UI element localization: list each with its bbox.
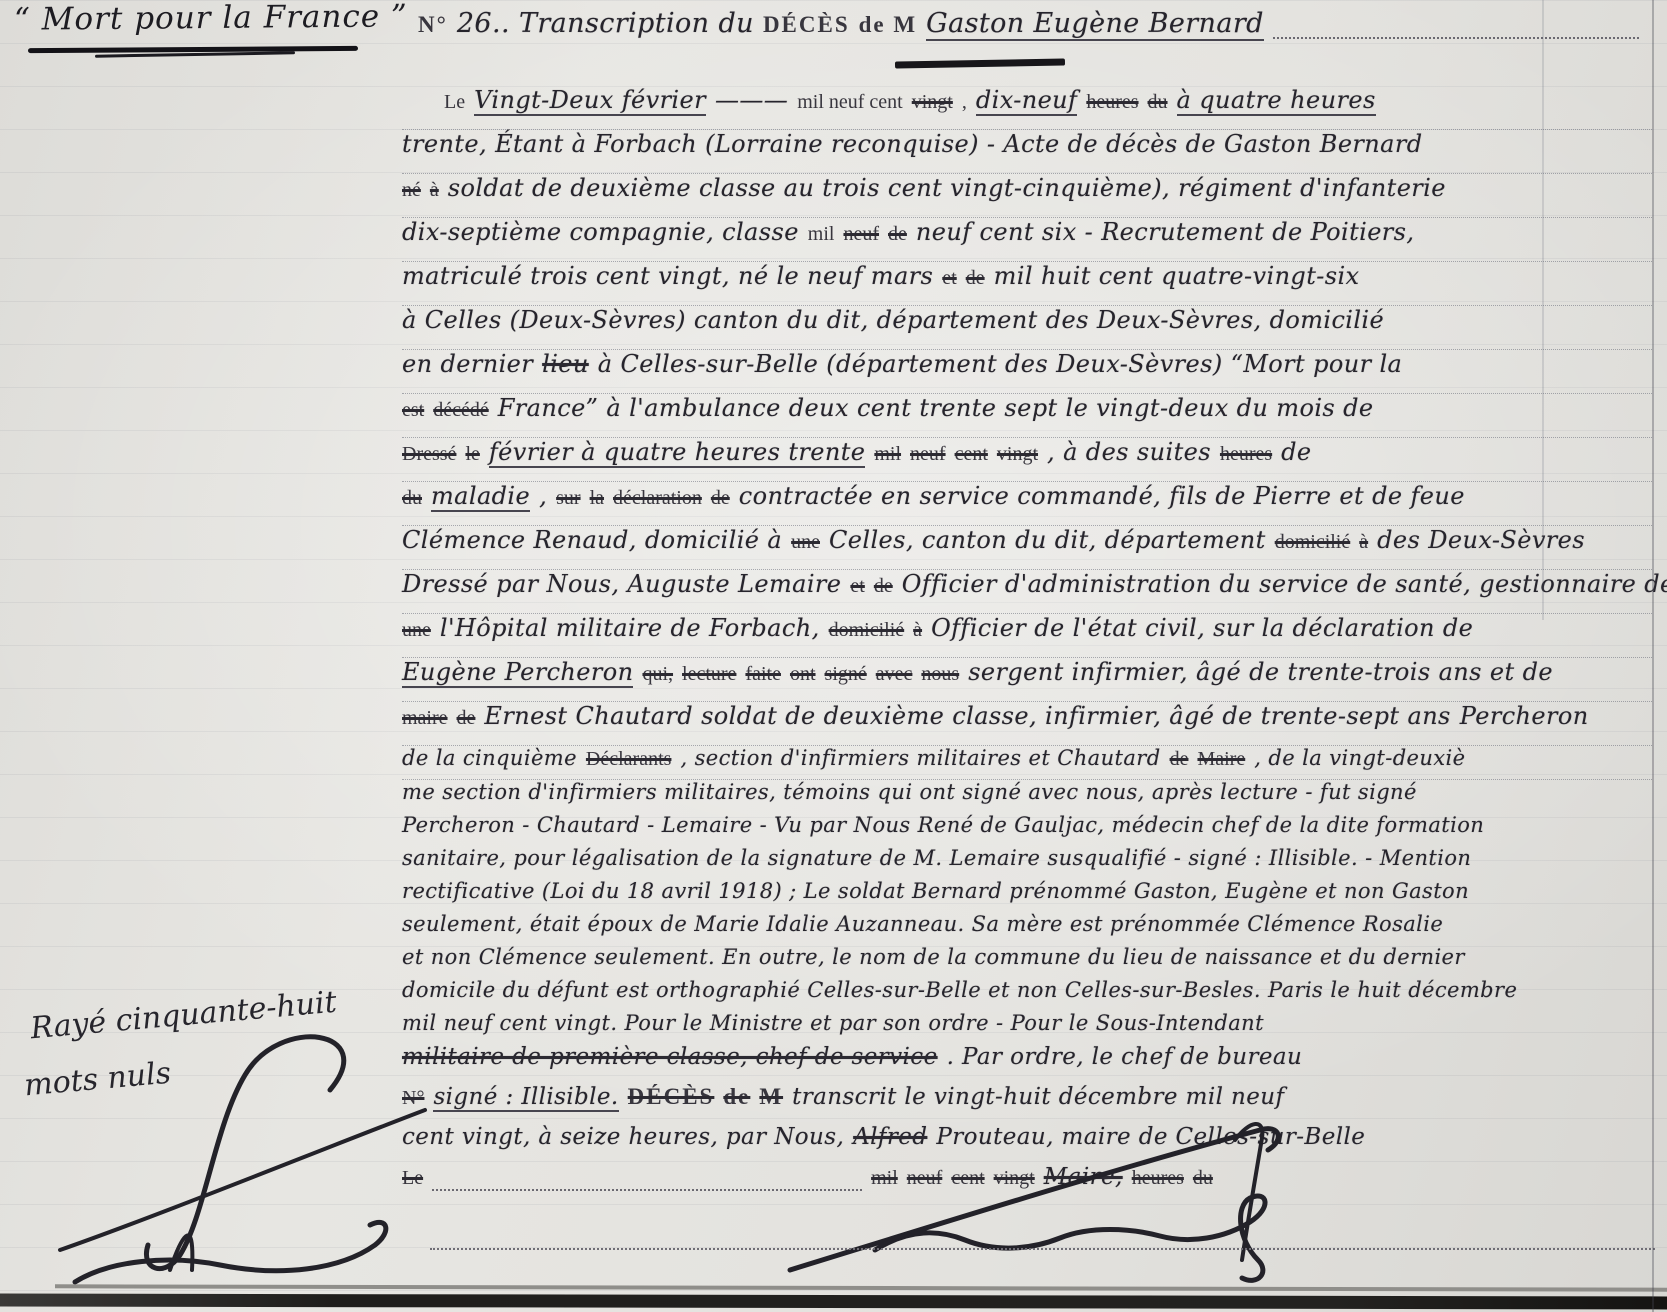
document-line: LeVingt-Deux février———mil neuf centving… (402, 86, 1652, 130)
text-segment: Officier de l'état civil, sur la déclara… (931, 614, 1473, 642)
text-segment: Dressé par Nous, Auguste Lemaire (402, 570, 841, 598)
document-line: néàsoldat de deuxième classe au trois ce… (402, 174, 1652, 218)
document-line: Clémence Renaud, domicilié àuneCelles, c… (402, 526, 1652, 570)
text-segment: une (402, 619, 431, 642)
text-segment: , à des suites (1047, 438, 1211, 466)
document-line: matriculé trois cent vingt, né le neuf m… (402, 262, 1652, 306)
document-line: Eugène Percheronqui,lecturefaiteontsigné… (402, 658, 1652, 702)
text-segment: une (791, 531, 820, 554)
paper-fold-line (1542, 0, 1544, 620)
scan-right-edge-line (1652, 0, 1654, 1312)
text-segment: avec (876, 663, 913, 686)
text-segment: mil (874, 443, 901, 466)
text-segment: l'Hôpital militaire de Forbach, (440, 614, 820, 642)
text-segment: de (888, 223, 907, 246)
document-line: en dernierlieuà Celles-sur-Belle (départ… (402, 350, 1652, 394)
text-segment: de (1281, 438, 1311, 466)
text-segment: contractée en service commandé, fils de … (739, 482, 1465, 510)
text-segment: signé : Illisible. (433, 1084, 618, 1112)
text-segment: de (966, 267, 985, 290)
text-segment: à quatre heures (1177, 86, 1376, 116)
text-segment: Déclarants (586, 748, 672, 771)
text-segment: faite (745, 663, 781, 686)
text-segment: domicilié (829, 619, 905, 642)
text-segment: à (1359, 531, 1368, 554)
left-margin-signature (20, 1020, 440, 1300)
text-segment: dix-neuf (976, 86, 1077, 116)
text-segment: trente, Étant à Forbach (Lorraine reconq… (402, 130, 1423, 158)
text-segment: Eugène Percheron (402, 658, 633, 688)
text-segment: sergent infirmier, âgé de trente-trois a… (968, 658, 1553, 686)
text-segment: et (942, 267, 956, 290)
text-segment: sanitaire, pour légalisation de la signa… (402, 846, 1471, 870)
text-segment: Percheron (1460, 702, 1589, 730)
text-segment: décédé (433, 399, 489, 422)
text-segment: seulement, était époux de Marie Idalie A… (402, 912, 1443, 936)
document-line: me section d'infirmiers militaires, témo… (402, 780, 1652, 813)
text-segment: du (1148, 91, 1168, 114)
bottom-ruled-line (430, 1248, 1655, 1250)
text-segment: signé (825, 663, 867, 686)
text-segment: militaire de première classe, chef de se… (402, 1044, 938, 1070)
text-segment: est (402, 399, 424, 422)
text-segment: en dernier (402, 350, 533, 378)
text-segment: à (430, 179, 439, 202)
text-segment: M (759, 1084, 783, 1110)
text-segment: maire (402, 707, 448, 730)
document-line: dix-septième compagnie, classemilneufden… (402, 218, 1652, 262)
text-segment: N° (418, 12, 448, 38)
document-line: domicile du défunt est orthographié Cell… (402, 978, 1652, 1011)
document-line: à Celles (Deux-Sèvres) canton du dit, dé… (402, 306, 1652, 350)
body-lines: LeVingt-Deux février———mil neuf centving… (402, 86, 1652, 1204)
text-segment: le (465, 443, 479, 466)
document-line: mairedeErnest Chautard soldat de deuxièm… (402, 702, 1652, 746)
text-segment: Clémence Renaud, domicilié à (402, 526, 782, 554)
text-segment (1273, 19, 1639, 39)
document-line: seulement, était époux de Marie Idalie A… (402, 912, 1652, 945)
text-segment: Officier d'administration du service de … (902, 570, 1667, 598)
text-segment: transcrit le vingt-huit décembre mil neu… (792, 1084, 1284, 1110)
text-segment: France” à l'ambulance deux cent trente s… (498, 394, 1374, 422)
text-segment: heures (1086, 91, 1138, 114)
text-segment: mil neuf cent (797, 91, 903, 114)
text-segment: mil huit cent quatre-vingt-six (994, 262, 1360, 290)
text-segment: né (402, 179, 421, 202)
text-segment: maladie (431, 482, 530, 512)
text-segment: et non Clémence seulement. En outre, le … (402, 945, 1465, 969)
document-line: trente, Étant à Forbach (Lorraine reconq… (402, 130, 1652, 174)
text-segment: , section d'infirmiers militaires et Cha… (680, 746, 1160, 770)
document-line: de la cinquièmeDéclarants, section d'inf… (402, 746, 1652, 780)
text-segment: , (539, 482, 547, 510)
document-line: Dressélefévrier à quatre heures trentemi… (402, 438, 1652, 482)
text-segment: mil neuf cent vingt. Pour le Ministre et… (402, 1011, 1264, 1035)
text-segment: domicilié (1275, 531, 1351, 554)
text-segment: 26.. (457, 8, 510, 39)
text-segment: de M (859, 12, 917, 38)
text-segment: dix-septième compagnie, classe (402, 218, 799, 246)
document-line: unel'Hôpital militaire de Forbach,domici… (402, 614, 1652, 658)
text-segment: de (711, 487, 730, 510)
text-segment: à Celles-sur-Belle (département des Deux… (598, 350, 1403, 378)
text-segment: DÉCÈS (628, 1084, 715, 1110)
text-segment: matriculé trois cent vingt, né le neuf m… (402, 262, 933, 290)
text-segment: neuf (910, 443, 946, 466)
text-segment: me section d'infirmiers militaires, témo… (402, 780, 1417, 804)
text-segment: de (874, 575, 893, 598)
text-segment: cent (955, 443, 988, 466)
text-segment: neuf cent six - Recrutement de Poitiers, (916, 218, 1415, 246)
text-segment: sur (556, 487, 580, 510)
text-segment: de (1170, 748, 1189, 771)
text-segment: du (402, 487, 422, 510)
document-line: sanitaire, pour légalisation de la signa… (402, 846, 1652, 879)
text-segment: nous (921, 663, 959, 686)
text-segment: heures (1220, 443, 1272, 466)
margin-note-mort-pour-la-france: “ Mort pour la France ” (14, 0, 408, 38)
text-segment: lieu (542, 350, 589, 378)
text-segment: Vingt-Deux février (474, 86, 706, 116)
text-segment: Transcription du (519, 8, 754, 39)
text-segment: vingt (912, 91, 953, 114)
header-heavy-underline (895, 59, 1065, 69)
text-segment: cent vingt, à seize heures, par Nous, (402, 1124, 844, 1150)
document-line: militaire de première classe, chef de se… (402, 1044, 1652, 1084)
text-segment: des Deux-Sèvres (1377, 526, 1585, 554)
text-segment: qui, (642, 663, 673, 686)
document-line: Percheron - Chautard - Lemaire - Vu par … (402, 813, 1652, 846)
text-segment: soldat de deuxième classe au trois cent … (448, 174, 1446, 202)
text-segment: de la cinquième (402, 746, 577, 770)
text-segment: Le (444, 91, 465, 114)
text-segment: Dressé (402, 443, 456, 466)
scan-edge-dark-band (0, 1294, 1667, 1310)
text-segment: , (962, 91, 967, 114)
text-segment: mil (808, 223, 835, 246)
text-segment: de (723, 1084, 750, 1110)
text-segment: . Par ordre, le chef de bureau (947, 1044, 1303, 1070)
header-line: N°26..Transcription duDÉCÈSde MGaston Eu… (418, 8, 1648, 41)
text-segment: ——— (715, 86, 788, 114)
text-segment: à Celles (Deux-Sèvres) canton du dit, dé… (402, 306, 1384, 334)
text-segment: février à quatre heures trente (489, 438, 865, 468)
document-line: Dressé par Nous, Auguste LemaireetdeOffi… (402, 570, 1652, 614)
text-segment: Percheron - Chautard - Lemaire - Vu par … (402, 813, 1484, 837)
document-scan: “ Mort pour la France ” N°26..Transcript… (0, 0, 1667, 1312)
document-line: et non Clémence seulement. En outre, le … (402, 945, 1652, 978)
maire-signature (780, 1110, 1340, 1300)
text-segment: de (457, 707, 476, 730)
text-segment: Ernest Chautard soldat de deuxième class… (484, 702, 1450, 730)
document-line: estdécédéFrance” à l'ambulance deux cent… (402, 394, 1652, 438)
text-segment: la (590, 487, 604, 510)
text-segment: Gaston Eugène Bernard (926, 8, 1264, 41)
text-segment: à (913, 619, 922, 642)
text-segment: Celles, canton du dit, département (829, 526, 1266, 554)
text-segment: déclaration (613, 487, 702, 510)
text-segment: ont (790, 663, 816, 686)
text-segment: et (850, 575, 864, 598)
text-segment: vingt (997, 443, 1038, 466)
text-segment: neuf (843, 223, 879, 246)
document-line: rectificative (Loi du 18 avril 1918) ; L… (402, 879, 1652, 912)
text-segment: DÉCÈS (763, 12, 850, 38)
text-segment: lecture (682, 663, 736, 686)
text-segment: domicile du défunt est orthographié Cell… (402, 978, 1517, 1002)
text-segment: rectificative (Loi du 18 avril 1918) ; L… (402, 879, 1469, 903)
document-line: dumaladie,surladéclarationdecontractée e… (402, 482, 1652, 526)
text-segment: Maire (1197, 748, 1245, 771)
text-segment: , de la vingt-deuxiè (1254, 746, 1465, 770)
document-line: mil neuf cent vingt. Pour le Ministre et… (402, 1011, 1652, 1044)
